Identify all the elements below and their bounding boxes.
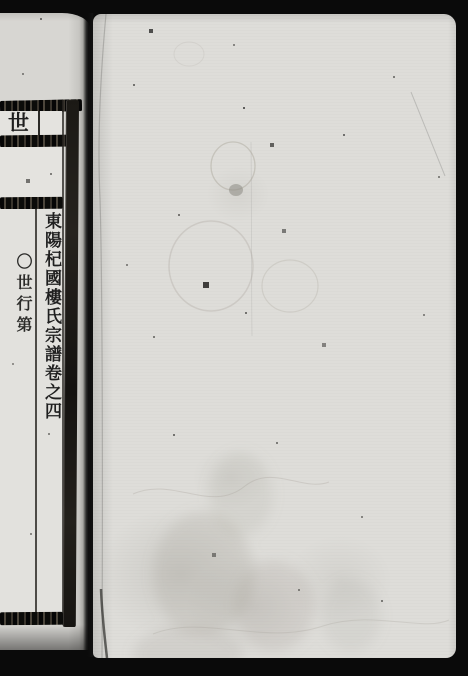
mottled-stains-bottom (133, 452, 381, 658)
crease-line-left (99, 14, 106, 658)
paper-specks-left (0, 13, 2, 15)
water-stain-ring-2 (169, 221, 253, 311)
fold-line-center (251, 142, 252, 336)
frame-band-inner (0, 197, 63, 210)
left-page: 世 〇世行第 東陽杞國樓氏宗譜卷之四 (0, 13, 90, 650)
book-scan-photo: 世 〇世行第 東陽杞國樓氏宗譜卷之四 (0, 0, 468, 676)
generation-index-column: 〇世行第 (12, 253, 35, 337)
generation-header-text: 世 (8, 111, 29, 135)
water-stain-ring-1 (211, 142, 255, 190)
right-page-blank (93, 14, 456, 658)
volume-title-column: 東陽杞國樓氏宗譜卷之四 (39, 212, 64, 421)
stain-marks (93, 14, 456, 658)
water-stain-ring-3 (262, 260, 318, 312)
frame-band-middle (0, 135, 68, 148)
header-cell-divider-line (38, 111, 40, 136)
water-stain-ring-4 (174, 42, 204, 66)
column-divider-line (35, 209, 37, 612)
stain-blob (229, 184, 243, 196)
paper-specks-right (93, 14, 95, 16)
empty-table-cell (0, 147, 62, 197)
frame-outer-border (63, 100, 79, 627)
frame-band-bottom (0, 612, 63, 625)
crease-line-top-right (411, 92, 445, 176)
generation-header-cell: 世 (0, 111, 62, 136)
